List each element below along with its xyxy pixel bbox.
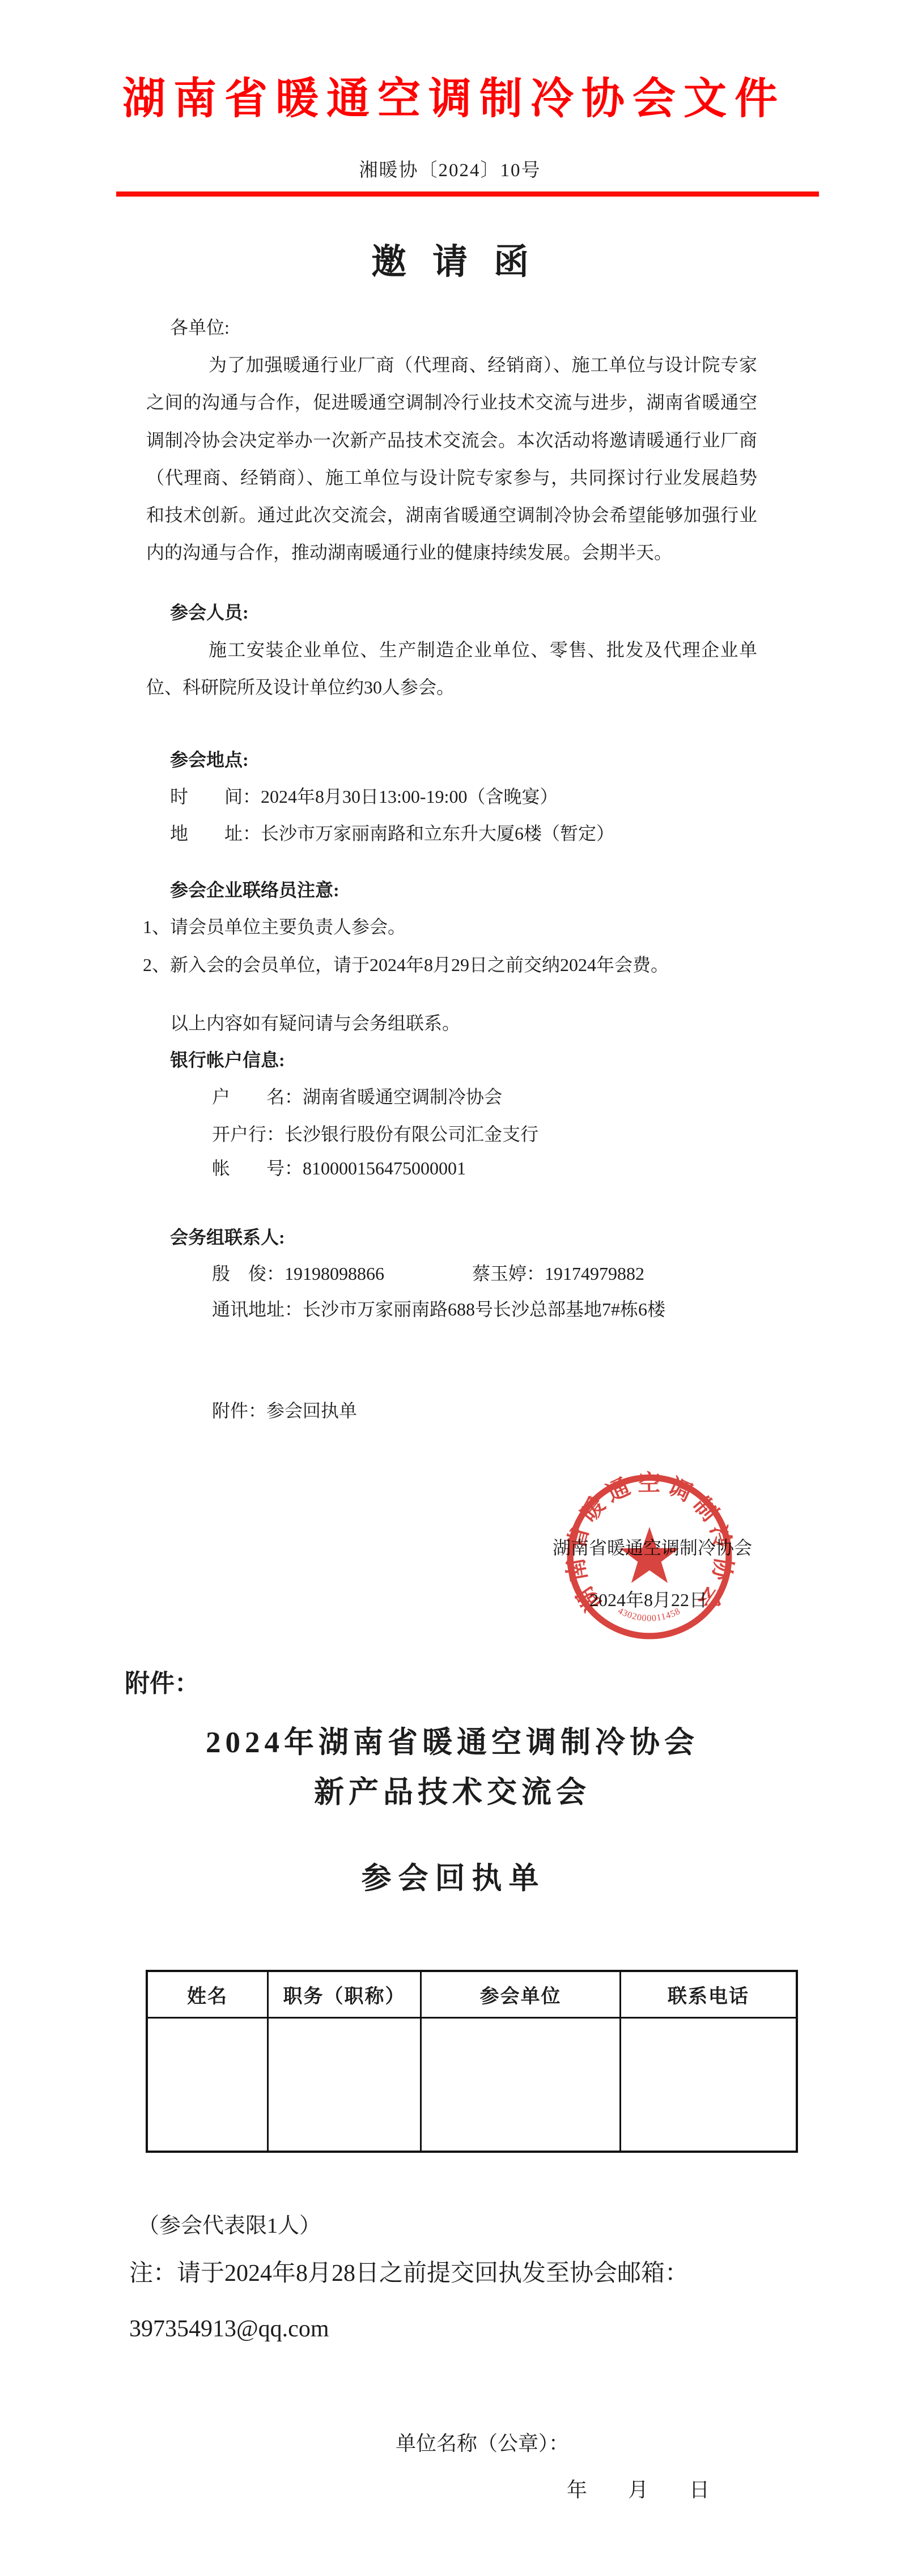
date-blank-line: 年 月 日 [567,2480,710,2500]
document-number: 湘暖协〔2024〕10号 [0,161,900,180]
attendees-line: 位、科研院所及设计单位约30人参会。 [146,669,757,706]
svg-text:4302000011458: 4302000011458 [616,1606,681,1624]
bank-account-number: 帐 号：810000156475000001 [212,1159,466,1177]
paragraph-line: 之间的沟通与合作，促进暖通空调制冷行业技术交流与进步，湖南省暖通空 [146,384,757,421]
notice-item: 2、新入会的会员单位，请于2024年8月29日之前交纳2024年会费。 [143,956,669,974]
reply-form-table: 姓名 职务（职称） 参会单位 联系电话 [146,1970,798,2153]
column-header-name: 姓名 [148,1972,269,2019]
letterhead-title: 湖南省暖通空调制冷协会文件 [0,78,900,121]
attachment-note: 附件：参会回执单 [212,1402,357,1420]
table-cell-name [148,2019,269,2151]
attendees-paragraph: 施工安装企业单位、生产制造企业单位、零售、批发及代理企业单 位、科研院所及设计单… [146,631,757,706]
meeting-address: 地 址：长沙市万家丽南路和立东升大厦6楼（暂定） [170,824,614,842]
column-header-organization: 参会单位 [422,1972,621,2019]
contact-person-1: 殷 俊：19198098866 [212,1264,384,1283]
paragraph-line: 内的沟通与合作，推动湖南暖通行业的健康持续发展。会期半天。 [146,534,757,571]
opening-paragraph: 为了加强暖通行业厂商（代理商、经销商）、施工单位与设计院专家 之间的沟通与合作，… [146,346,757,572]
salutation: 各单位: [170,318,230,337]
table-cell-position [269,2019,422,2151]
meeting-time: 时 间：2024年8月30日13:00-19:00（含晚宴） [170,787,558,806]
column-header-position: 职务（职称） [269,1972,422,2019]
paragraph-line: 和技术创新。通过此次交流会，湖南省暖通空调制冷协会希望能够加强行业 [146,496,757,534]
question-note: 以上内容如有疑问请与会务组联系。 [170,1014,460,1032]
company-seal-label: 单位名称（公章）： [396,2433,569,2454]
liaison-notice-heading: 参会企业联络员注意: [170,881,339,899]
paragraph-line: （代理商、经销商）、施工单位与设计院专家参与，共同探讨行业发展趋势 [146,459,757,496]
mailing-address: 通讯地址：长沙市万家丽南路688号长沙总部基地7#栋6楼 [212,1300,665,1318]
reply-form-title: 参会回执单 [0,1864,900,1894]
bank-info-heading: 银行帐户信息: [170,1051,285,1069]
bank-branch: 开户行：长沙银行股份有限公司汇金支行 [212,1125,538,1143]
attachment-title-line1: 2024年湖南省暖通空调制冷协会 [0,1728,900,1758]
seal-star-icon [620,1527,679,1583]
table-cell-organization [422,2019,621,2151]
attendees-heading: 参会人员: [170,603,249,621]
attendees-line: 施工安装企业单位、生产制造企业单位、零售、批发及代理企业单 [146,631,757,669]
submission-note: 注：请于2024年8月28日之前提交回执发至协会邮箱： [129,2262,689,2285]
attachment-title-line2: 新产品技术交流会 [0,1778,900,1808]
paragraph-line: 调制冷协会决定举办一次新产品技术交流会。本次活动将邀请暖通行业厂商 [146,421,757,459]
contact-person-2: 蔡玉婷：19174979882 [472,1264,644,1283]
contacts-heading: 会务组联系人: [170,1228,285,1246]
letterhead-divider [116,191,819,197]
venue-heading: 参会地点: [170,751,249,769]
association-email: 397354913@qq.com [129,2317,329,2341]
seal-serial-number: 4302000011458 [616,1606,681,1624]
attachment-label: 附件： [125,1671,199,1696]
delegate-limit-note: （参会代表限1人） [138,2215,321,2237]
official-seal: 湖南省暖通空调制冷协会 4302000011458 [563,1471,736,1643]
column-header-phone: 联系电话 [621,1972,796,2019]
letter-title: 邀请函 [0,245,900,280]
document-page: 湖南省暖通空调制冷协会文件 湘暖协〔2024〕10号 邀请函 各单位: 为了加强… [0,0,900,2576]
table-cell-phone [621,2019,796,2151]
notice-item: 1、请会员单位主要负责人参会。 [143,918,406,936]
bank-account-name: 户 名：湖南省暖通空调制冷协会 [212,1088,502,1106]
paragraph-line: 为了加强暖通行业厂商（代理商、经销商）、施工单位与设计院专家 [146,346,757,384]
